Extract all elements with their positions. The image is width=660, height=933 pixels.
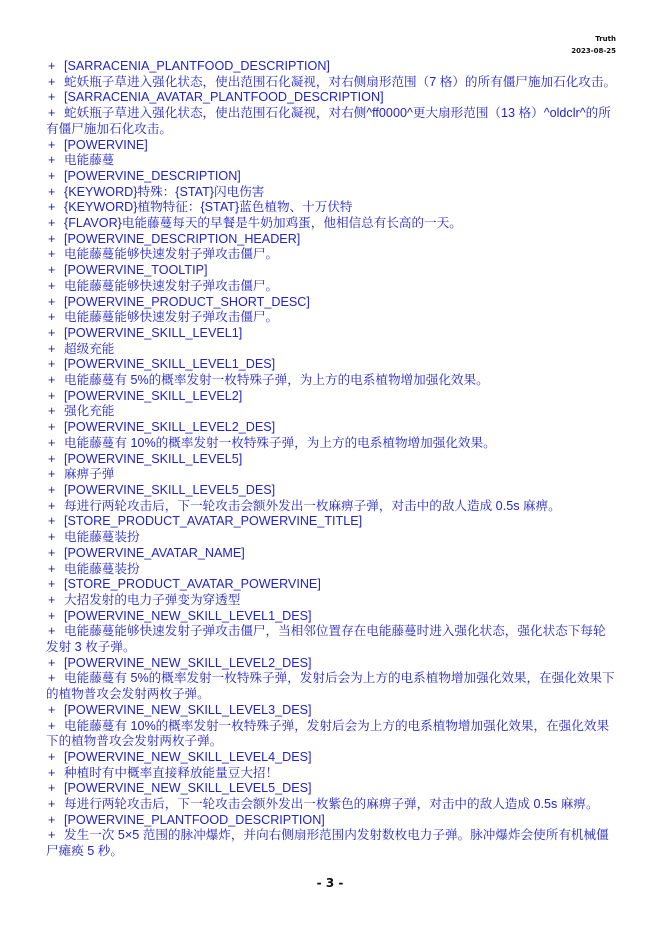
diff-line-text: [SARRACENIA_AVATAR_PLANTFOOD_DESCRIPTION… <box>64 90 384 104</box>
diff-line-key: +[POWERVINE_SKILL_LEVEL2_DES] <box>46 420 618 436</box>
diff-added-marker: + <box>46 342 64 358</box>
diff-line-key: +[POWERVINE] <box>46 138 618 154</box>
document-date: 2023-08-25 <box>571 45 616 57</box>
diff-line-value: +麻痹子弹 <box>46 467 618 483</box>
diff-line-value: +大招发射的电力子弹变为穿透型 <box>46 593 618 609</box>
diff-line-value: +电能藤蔓能够快速发射子弹攻击僵尸。 <box>46 310 618 326</box>
diff-line-text: [POWERVINE_NEW_SKILL_LEVEL4_DES] <box>64 750 312 764</box>
diff-line-text: 电能藤蔓能够快速发射子弹攻击僵尸，当相邻位置存在电能藤蔓时进入强化状态，强化状态… <box>46 624 606 654</box>
diff-line-text: [POWERVINE_SKILL_LEVEL5] <box>64 452 242 466</box>
diff-line-value: +{FLAVOR}电能藤蔓每天的早餐是牛奶加鸡蛋，他相信总有长高的一天。 <box>46 216 618 232</box>
diff-line-key: +[POWERVINE_NEW_SKILL_LEVEL1_DES] <box>46 609 618 625</box>
diff-added-marker: + <box>46 232 64 248</box>
diff-line-value: +电能藤蔓有 10%的概率发射一枚特殊子弹，为上方的电系植物增加强化效果。 <box>46 436 618 452</box>
diff-line-text: [POWERVINE_SKILL_LEVEL1] <box>64 326 242 340</box>
diff-line-text: 电能藤蔓能够快速发射子弹攻击僵尸。 <box>64 310 278 324</box>
diff-line-text: 发生一次 5×5 范围的脉冲爆炸，并向右侧扇形范围内发射数枚电力子弹。脉冲爆炸会… <box>46 828 609 858</box>
diff-line-text: [POWERVINE_TOOLTIP] <box>64 263 207 277</box>
diff-added-marker: + <box>46 295 64 311</box>
diff-line-text: 电能藤蔓装扮 <box>64 562 140 576</box>
diff-line-value: +电能藤蔓装扮 <box>46 562 618 578</box>
diff-added-marker: + <box>46 326 64 342</box>
diff-added-marker: + <box>46 106 64 122</box>
diff-line-text: [POWERVINE_SKILL_LEVEL2_DES] <box>64 420 275 434</box>
diff-line-value: +蛇妖瓶子草进入强化状态，使出范围石化凝视，对右侧^ff0000^更大扇形范围（… <box>46 106 618 137</box>
diff-added-marker: + <box>46 828 64 844</box>
diff-line-key: +[POWERVINE_SKILL_LEVEL2] <box>46 389 618 405</box>
diff-line-text: 种植时有中概率直接释放能量豆大招！ <box>64 766 278 780</box>
diff-added-marker: + <box>46 609 64 625</box>
diff-added-marker: + <box>46 357 64 373</box>
diff-line-value: +电能藤蔓有 5%的概率发射一枚特殊子弹，发射后会为上方的电系植物增加强化效果，… <box>46 671 618 702</box>
diff-line-text: [POWERVINE_SKILL_LEVEL1_DES] <box>64 357 275 371</box>
diff-line-key: +[SARRACENIA_AVATAR_PLANTFOOD_DESCRIPTIO… <box>46 90 618 106</box>
diff-line-value: +{KEYWORD}特殊：{STAT}闪电伤害 <box>46 185 618 201</box>
diff-added-marker: + <box>46 263 64 279</box>
diff-line-text: [STORE_PRODUCT_AVATAR_POWERVINE_TITLE] <box>64 514 362 528</box>
diff-line-text: {KEYWORD}植物特征：{STAT}蓝色植物、十万伏特 <box>64 200 353 214</box>
diff-line-key: +[POWERVINE_DESCRIPTION] <box>46 169 618 185</box>
diff-line-key: +[POWERVINE_PRODUCT_SHORT_DESC] <box>46 295 618 311</box>
diff-line-value: +每进行两轮攻击后，下一轮攻击会额外发出一枚麻痹子弹，对击中的敌人造成 0.5s… <box>46 499 618 515</box>
diff-added-marker: + <box>46 420 64 436</box>
diff-line-value: +电能藤蔓能够快速发射子弹攻击僵尸。 <box>46 279 618 295</box>
diff-line-key: +[POWERVINE_DESCRIPTION_HEADER] <box>46 232 618 248</box>
diff-line-key: +[POWERVINE_NEW_SKILL_LEVEL5_DES] <box>46 781 618 797</box>
diff-line-key: +[POWERVINE_SKILL_LEVEL1] <box>46 326 618 342</box>
diff-added-marker: + <box>46 169 64 185</box>
diff-line-text: 电能藤蔓能够快速发射子弹攻击僵尸。 <box>64 279 278 293</box>
diff-line-text: [POWERVINE_PLANTFOOD_DESCRIPTION] <box>64 813 325 827</box>
diff-content: +[SARRACENIA_PLANTFOOD_DESCRIPTION]+蛇妖瓶子… <box>46 59 618 860</box>
diff-line-value: +电能藤蔓能够快速发射子弹攻击僵尸。 <box>46 247 618 263</box>
diff-added-marker: + <box>46 200 64 216</box>
diff-line-key: +[SARRACENIA_PLANTFOOD_DESCRIPTION] <box>46 59 618 75</box>
diff-added-marker: + <box>46 138 64 154</box>
diff-line-text: 电能藤蔓装扮 <box>64 530 140 544</box>
diff-line-text: [POWERVINE_AVATAR_NAME] <box>64 546 245 560</box>
diff-line-key: +[POWERVINE_NEW_SKILL_LEVEL4_DES] <box>46 750 618 766</box>
diff-line-key: +[STORE_PRODUCT_AVATAR_POWERVINE_TITLE] <box>46 514 618 530</box>
diff-line-text: 电能藤蔓有 10%的概率发射一枚特殊子弹，为上方的电系植物增加强化效果。 <box>64 436 496 450</box>
diff-line-key: +[POWERVINE_PLANTFOOD_DESCRIPTION] <box>46 813 618 829</box>
diff-added-marker: + <box>46 750 64 766</box>
diff-line-value: +电能藤蔓 <box>46 153 618 169</box>
diff-line-text: 电能藤蔓能够快速发射子弹攻击僵尸。 <box>64 247 278 261</box>
diff-added-marker: + <box>46 216 64 232</box>
diff-added-marker: + <box>46 703 64 719</box>
diff-line-text: [POWERVINE_DESCRIPTION_HEADER] <box>64 232 300 246</box>
diff-added-marker: + <box>46 310 64 326</box>
diff-added-marker: + <box>46 389 64 405</box>
diff-added-marker: + <box>46 797 64 813</box>
diff-line-key: +[STORE_PRODUCT_AVATAR_POWERVINE] <box>46 577 618 593</box>
diff-line-text: [POWERVINE] <box>64 138 148 152</box>
diff-line-key: +[POWERVINE_SKILL_LEVEL5] <box>46 452 618 468</box>
diff-line-text: 电能藤蔓 <box>64 153 114 167</box>
diff-line-text: 电能藤蔓有 5%的概率发射一枚特殊子弹，为上方的电系植物增加强化效果。 <box>64 373 489 387</box>
diff-line-value: +电能藤蔓有 10%的概率发射一枚特殊子弹，发射后会为上方的电系植物增加强化效果… <box>46 719 618 750</box>
diff-line-value: +种植时有中概率直接释放能量豆大招！ <box>46 766 618 782</box>
diff-line-value: +蛇妖瓶子草进入强化状态，使出范围石化凝视，对右侧扇形范围（7 格）的所有僵尸施… <box>46 75 618 91</box>
diff-line-text: [POWERVINE_NEW_SKILL_LEVEL3_DES] <box>64 703 312 717</box>
diff-added-marker: + <box>46 247 64 263</box>
diff-added-marker: + <box>46 499 64 515</box>
diff-line-text: 麻痹子弹 <box>64 467 114 481</box>
diff-line-text: [SARRACENIA_PLANTFOOD_DESCRIPTION] <box>64 59 330 73</box>
document-title: Truth <box>571 33 616 45</box>
diff-added-marker: + <box>46 546 64 562</box>
diff-line-text: 电能藤蔓有 10%的概率发射一枚特殊子弹，发射后会为上方的电系植物增加强化效果，… <box>46 719 609 749</box>
diff-line-value: +强化充能 <box>46 404 618 420</box>
diff-added-marker: + <box>46 671 64 687</box>
diff-line-text: 超级充能 <box>64 342 114 356</box>
diff-line-text: {KEYWORD}特殊：{STAT}闪电伤害 <box>64 185 264 199</box>
diff-added-marker: + <box>46 719 64 735</box>
diff-line-text: [POWERVINE_NEW_SKILL_LEVEL1_DES] <box>64 609 312 623</box>
diff-added-marker: + <box>46 656 64 672</box>
diff-added-marker: + <box>46 185 64 201</box>
diff-added-marker: + <box>46 467 64 483</box>
diff-line-text: 每进行两轮攻击后，下一轮攻击会额外发出一枚紫色的麻痹子弹，对击中的敌人造成 0.… <box>64 797 599 811</box>
diff-line-value: +电能藤蔓能够快速发射子弹攻击僵尸，当相邻位置存在电能藤蔓时进入强化状态，强化状… <box>46 624 618 655</box>
diff-line-value: +电能藤蔓有 5%的概率发射一枚特殊子弹，为上方的电系植物增加强化效果。 <box>46 373 618 389</box>
diff-added-marker: + <box>46 436 64 452</box>
diff-added-marker: + <box>46 90 64 106</box>
diff-line-text: 大招发射的电力子弹变为穿透型 <box>64 593 240 607</box>
diff-line-text: {FLAVOR}电能藤蔓每天的早餐是牛奶加鸡蛋，他相信总有长高的一天。 <box>64 216 462 230</box>
diff-line-text: [POWERVINE_NEW_SKILL_LEVEL5_DES] <box>64 781 312 795</box>
diff-line-key: +[POWERVINE_SKILL_LEVEL5_DES] <box>46 483 618 499</box>
diff-added-marker: + <box>46 593 64 609</box>
diff-line-key: +[POWERVINE_TOOLTIP] <box>46 263 618 279</box>
diff-line-value: +发生一次 5×5 范围的脉冲爆炸，并向右侧扇形范围内发射数枚电力子弹。脉冲爆炸… <box>46 828 618 859</box>
diff-added-marker: + <box>46 404 64 420</box>
diff-added-marker: + <box>46 624 64 640</box>
diff-line-text: [POWERVINE_SKILL_LEVEL2] <box>64 389 242 403</box>
page-header: Truth 2023-08-25 <box>571 33 616 57</box>
diff-added-marker: + <box>46 514 64 530</box>
diff-added-marker: + <box>46 766 64 782</box>
diff-line-text: [POWERVINE_SKILL_LEVEL5_DES] <box>64 483 275 497</box>
diff-added-marker: + <box>46 279 64 295</box>
diff-line-text: [STORE_PRODUCT_AVATAR_POWERVINE] <box>64 577 321 591</box>
diff-line-text: [POWERVINE_PRODUCT_SHORT_DESC] <box>64 295 310 309</box>
diff-added-marker: + <box>46 153 64 169</box>
diff-line-text: 蛇妖瓶子草进入强化状态，使出范围石化凝视，对右侧^ff0000^更大扇形范围（1… <box>46 106 611 136</box>
diff-line-text: [POWERVINE_DESCRIPTION] <box>64 169 241 183</box>
diff-added-marker: + <box>46 813 64 829</box>
diff-line-value: +每进行两轮攻击后，下一轮攻击会额外发出一枚紫色的麻痹子弹，对击中的敌人造成 0… <box>46 797 618 813</box>
diff-line-text: 蛇妖瓶子草进入强化状态，使出范围石化凝视，对右侧扇形范围（7 格）的所有僵尸施加… <box>64 75 616 89</box>
diff-added-marker: + <box>46 59 64 75</box>
diff-added-marker: + <box>46 577 64 593</box>
page-number: - 3 - <box>0 876 660 890</box>
diff-line-value: +超级充能 <box>46 342 618 358</box>
diff-line-text: 电能藤蔓有 5%的概率发射一枚特殊子弹，发射后会为上方的电系植物增加强化效果，在… <box>46 671 615 701</box>
diff-added-marker: + <box>46 452 64 468</box>
diff-line-value: +{KEYWORD}植物特征：{STAT}蓝色植物、十万伏特 <box>46 200 618 216</box>
diff-line-text: 每进行两轮攻击后，下一轮攻击会额外发出一枚麻痹子弹，对击中的敌人造成 0.5s … <box>64 499 561 513</box>
diff-line-value: +电能藤蔓装扮 <box>46 530 618 546</box>
diff-line-key: +[POWERVINE_NEW_SKILL_LEVEL2_DES] <box>46 656 618 672</box>
diff-added-marker: + <box>46 530 64 546</box>
diff-line-text: [POWERVINE_NEW_SKILL_LEVEL2_DES] <box>64 656 312 670</box>
diff-line-key: +[POWERVINE_SKILL_LEVEL1_DES] <box>46 357 618 373</box>
diff-added-marker: + <box>46 483 64 499</box>
diff-line-text: 强化充能 <box>64 404 114 418</box>
diff-line-key: +[POWERVINE_NEW_SKILL_LEVEL3_DES] <box>46 703 618 719</box>
diff-added-marker: + <box>46 75 64 91</box>
diff-line-key: +[POWERVINE_AVATAR_NAME] <box>46 546 618 562</box>
diff-added-marker: + <box>46 781 64 797</box>
diff-added-marker: + <box>46 373 64 389</box>
diff-added-marker: + <box>46 562 64 578</box>
